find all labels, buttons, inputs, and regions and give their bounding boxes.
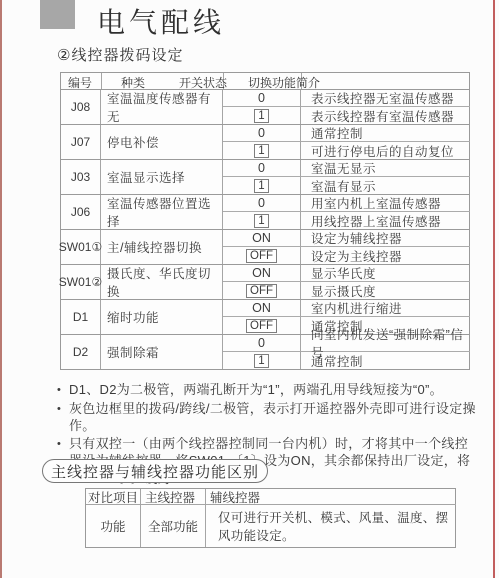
section-title: ②线控器拨码设定 [57,44,183,65]
row-code: J08 [61,90,101,124]
table-row: J06 室温传感器位置选择 0 用室内机上室温传感器 1 用线控器上室温传感器 [61,195,469,230]
subsection-title: 主线控器与辅线控器功能区别 [51,461,259,482]
switch-state: 1 [223,212,301,229]
note-item: • D1、D2为二极管，两端孔断开为“1”，两端孔用导线短接为“0”。 [57,381,477,400]
state-value: 0 [258,91,265,105]
row-code: SW01② [61,265,101,299]
state-value: ON [252,266,271,280]
row-code: D2 [61,335,101,369]
switch-state: OFF [223,317,301,334]
state-description: 设定为主线控器 [301,247,470,264]
compare-header-main: 主线控器 [141,489,206,505]
row-code: J06 [61,195,101,229]
state-description: 设定为辅线控器 [301,230,470,247]
row-kind: 摄氏度、华氏度切换 [101,265,223,299]
compare-row-main: 全部功能 [141,505,206,547]
switch-state: 0 [223,195,301,212]
dip-table-header-row: 编号 种类 开关状态 切换功能简介 [61,73,469,90]
switch-state: 1 [223,352,301,369]
switch-state: 1 [223,107,301,124]
state-value-boxed: OFF [246,319,277,333]
state-value: 0 [258,336,265,350]
note-item: • 灰色边框里的拨码/跨线/二极管，表示打开遥控器外壳即可进行设定操作。 [57,400,477,435]
state-value: 0 [258,161,265,175]
column-header-code: 编号 [68,74,92,91]
switch-state: 1 [223,177,301,194]
section-gray-square-marker [40,0,75,29]
row-kind: 主/辅线控器切换 [101,230,223,264]
table-row: J08 室温温度传感器有无 0 表示线控器无室温传感器 1 表示线控器有室温传感… [61,90,469,125]
state-description: 用室内机上室温传感器 [301,195,470,212]
switch-state: 0 [223,125,301,142]
row-kind: 强制除霜 [101,335,223,369]
table-row: SW01② 摄氏度、华氏度切换 ON 显示华氏度 OFF 显示摄氏度 [61,265,469,300]
state-description: 可进行停电后的自动复位 [301,142,470,159]
row-code: D1 [61,300,101,334]
state-description: 表示线控器有室温传感器 [301,107,470,124]
row-kind: 缩时功能 [101,300,223,334]
table-row: J07 停电补偿 0 通常控制 1 可进行停电后的自动复位 [61,125,469,160]
dip-switch-table: 编号 种类 开关状态 切换功能简介 J08 室温温度传感器有无 0 表示线控器无… [60,72,470,370]
state-value-boxed: 1 [254,179,268,193]
row-code: J03 [61,160,101,194]
note-text: 灰色边框里的拨码/跨线/二极管，表示打开遥控器外壳即可进行设定操作。 [69,400,477,435]
state-value-boxed: 1 [254,214,268,228]
state-value: 0 [258,196,265,210]
state-description: 表示线控器无室温传感器 [301,90,470,107]
switch-state: OFF [223,282,301,299]
switch-state: 0 [223,160,301,177]
state-description: 显示摄氏度 [301,282,470,299]
switch-state: ON [223,230,301,247]
compare-row-sub: 仅可进行开关机、模式、风量、温度、摆风功能设定。 [206,505,456,547]
state-value-boxed: 1 [254,144,268,158]
bullet-icon: • [57,400,69,435]
column-header-kind: 种类 [121,74,145,91]
table-row: D2 强制除霜 0 向室内机发送“强制除霜”信号 1 通常控制 [61,335,469,369]
state-value-boxed: OFF [246,249,277,263]
page-right-accent-border [493,0,495,578]
row-code: J07 [61,125,101,159]
state-description: 显示华氏度 [301,265,470,282]
column-header-desc: 切换功能简介 [248,74,320,91]
state-description: 向室内机发送“强制除霜”信号 [301,335,470,352]
column-header-state: 开关状态 [179,74,227,91]
state-value-boxed: OFF [246,284,277,298]
row-kind: 室温温度传感器有无 [101,90,223,124]
row-kind: 室温显示选择 [101,160,223,194]
page-left-accent-border [0,0,2,578]
subsection-title-pill: 主线控器与辅线控器功能区别 [42,459,268,483]
state-description: 室温无显示 [301,160,470,177]
state-description: 通常控制 [301,352,470,369]
state-description: 室内机进行缩进 [301,300,470,317]
switch-state: 0 [223,90,301,107]
bullet-icon: • [57,381,69,400]
switch-state: 0 [223,335,301,352]
compare-header-item: 对比项目 [86,489,141,505]
state-value: 0 [258,126,265,140]
state-value: ON [252,301,271,315]
switch-state: OFF [223,247,301,264]
row-code: SW01① [61,230,101,264]
compare-header-sub: 辅线控器 [206,489,456,505]
state-description: 通常控制 [301,125,470,142]
compare-row-item: 功能 [86,505,141,547]
switch-state: ON [223,300,301,317]
state-description: 室温有显示 [301,177,470,194]
state-value: ON [252,231,271,245]
table-row: J03 室温显示选择 0 室温无显示 1 室温有显示 [61,160,469,195]
state-description: 用线控器上室温传感器 [301,212,470,229]
state-value-boxed: 1 [254,354,268,368]
row-kind: 停电补偿 [101,125,223,159]
state-value-boxed: 1 [254,109,268,123]
switch-state: ON [223,265,301,282]
page-title: 电气配线 [97,1,225,41]
switch-state: 1 [223,142,301,159]
controller-compare-table: 对比项目 主线控器 辅线控器 功能 全部功能 仅可进行开关机、模式、风量、温度、… [85,488,456,548]
header-divider [101,73,102,89]
table-row: SW01① 主/辅线控器切换 ON 设定为辅线控器 OFF 设定为主线控器 [61,230,469,265]
note-text: D1、D2为二极管，两端孔断开为“1”，两端孔用导线短接为“0”。 [69,381,477,400]
row-kind: 室温传感器位置选择 [101,195,223,229]
